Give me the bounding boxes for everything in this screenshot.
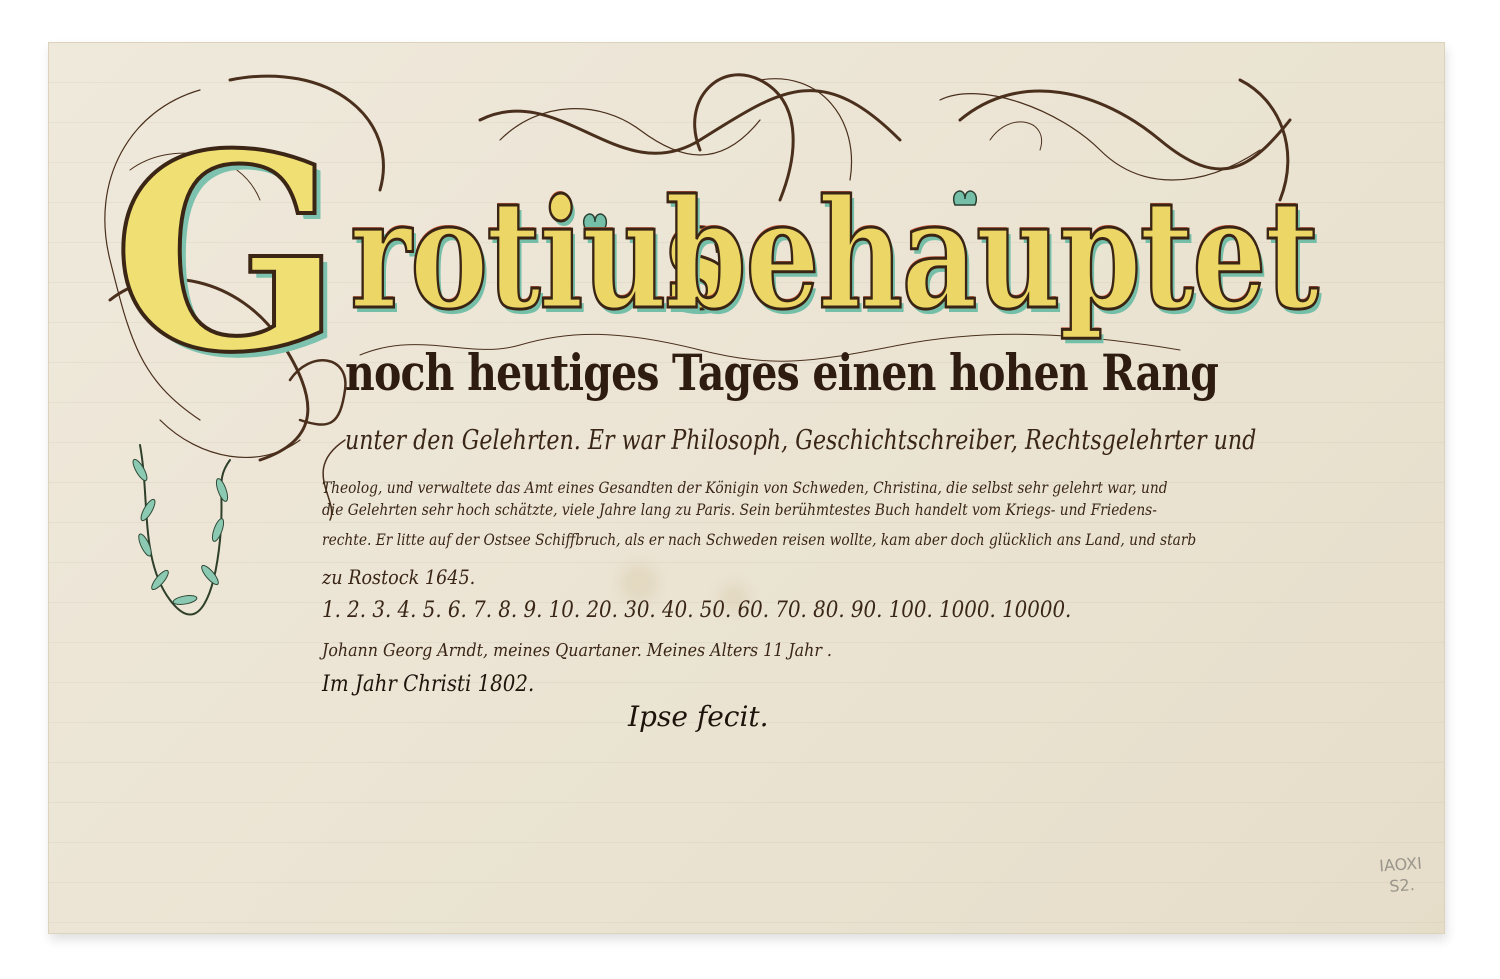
subtitle-line: noch heutiges Tages einen hohen Rang: [345, 348, 1218, 398]
body-line-1: unter den Gelehrten. Er war Philosoph, G…: [345, 425, 1256, 456]
paper-stain: [619, 563, 659, 603]
pencil-annotation-line-1: IAOXI: [1379, 854, 1423, 878]
numerals-line: 1. 2. 3. 4. 5. 6. 7. 8. 9. 10. 20. 30. 4…: [322, 598, 1071, 623]
body-line-5: zu Rostock 1645.: [322, 565, 475, 589]
decorated-initial-letter: G: [112, 118, 343, 388]
signature: Ipse fecit.: [628, 700, 769, 733]
title-word-2: behauptet: [665, 180, 1317, 330]
date-line: Im Jahr Christi 1802.: [322, 672, 534, 697]
author-line: Johann Georg Arndt, meines Quartaner. Me…: [322, 640, 832, 661]
body-line-3: die Gelehrten sehr hoch schätzte, viele …: [322, 500, 1157, 519]
body-line-4: rechte. Er litte auf der Ostsee Schiffbr…: [322, 530, 1196, 549]
body-line-2: Theolog, und verwaltete das Amt eines Ge…: [322, 478, 1168, 497]
pencil-annotation: IAOXI S2.: [1379, 854, 1424, 898]
pencil-annotation-line-2: S2.: [1380, 874, 1424, 898]
